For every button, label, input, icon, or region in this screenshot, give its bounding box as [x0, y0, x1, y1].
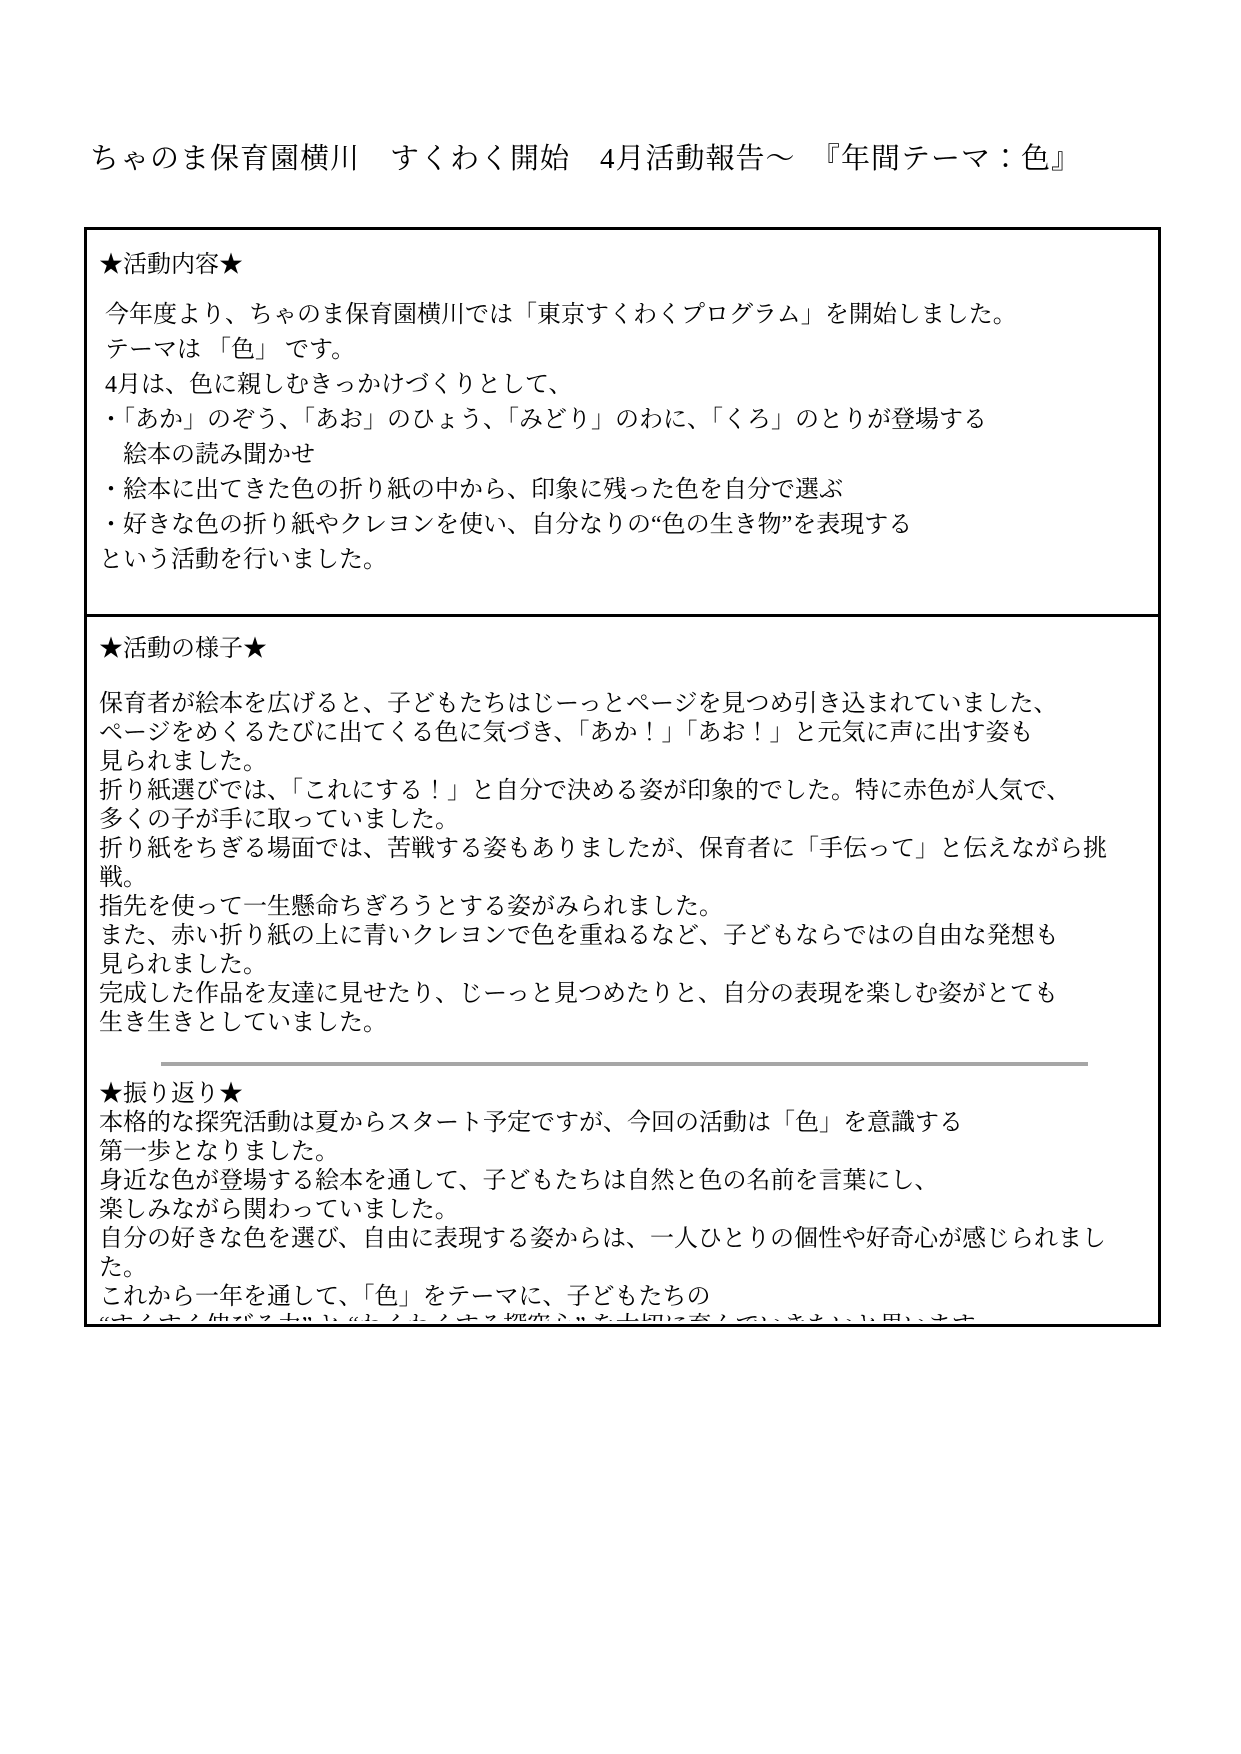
activity-content-body: 今年度より、ちゃのま保育園横川では「東京すくわくプログラム」を開始しました。 テ… [99, 298, 1144, 578]
report-table: ★活動内容★ 今年度より、ちゃのま保育園横川では「東京すくわくプログラム」を開始… [84, 227, 1161, 1327]
document-page: ちゃのま保育園横川 すくわく開始 4月活動報告～ 『年間テーマ：色』 ★活動内容… [0, 0, 1241, 1754]
activity-scene-body: 保育者が絵本を広げると、子どもたちはじーっとページを見つめ引き込まれていました、… [99, 690, 1144, 1038]
page-title: ちゃのま保育園横川 すくわく開始 4月活動報告～ 『年間テーマ：色』 [90, 136, 1081, 177]
activity-scene-heading: ★活動の様子★ [99, 635, 1144, 664]
reflection-heading: ★振り返り★ [99, 1080, 1144, 1109]
section-activity-content: ★活動内容★ 今年度より、ちゃのま保育園横川では「東京すくわくプログラム」を開始… [87, 230, 1158, 617]
section-activity-scene: ★活動の様子★ 保育者が絵本を広げると、子どもたちはじーっとページを見つめ引き込… [87, 617, 1158, 1321]
section-divider [161, 1062, 1088, 1066]
reflection-body: 本格的な探究活動は夏からスタート予定ですが、今回の活動は「色」を意識する 第一歩… [99, 1109, 1144, 1321]
activity-content-heading: ★活動内容★ [99, 248, 1144, 283]
